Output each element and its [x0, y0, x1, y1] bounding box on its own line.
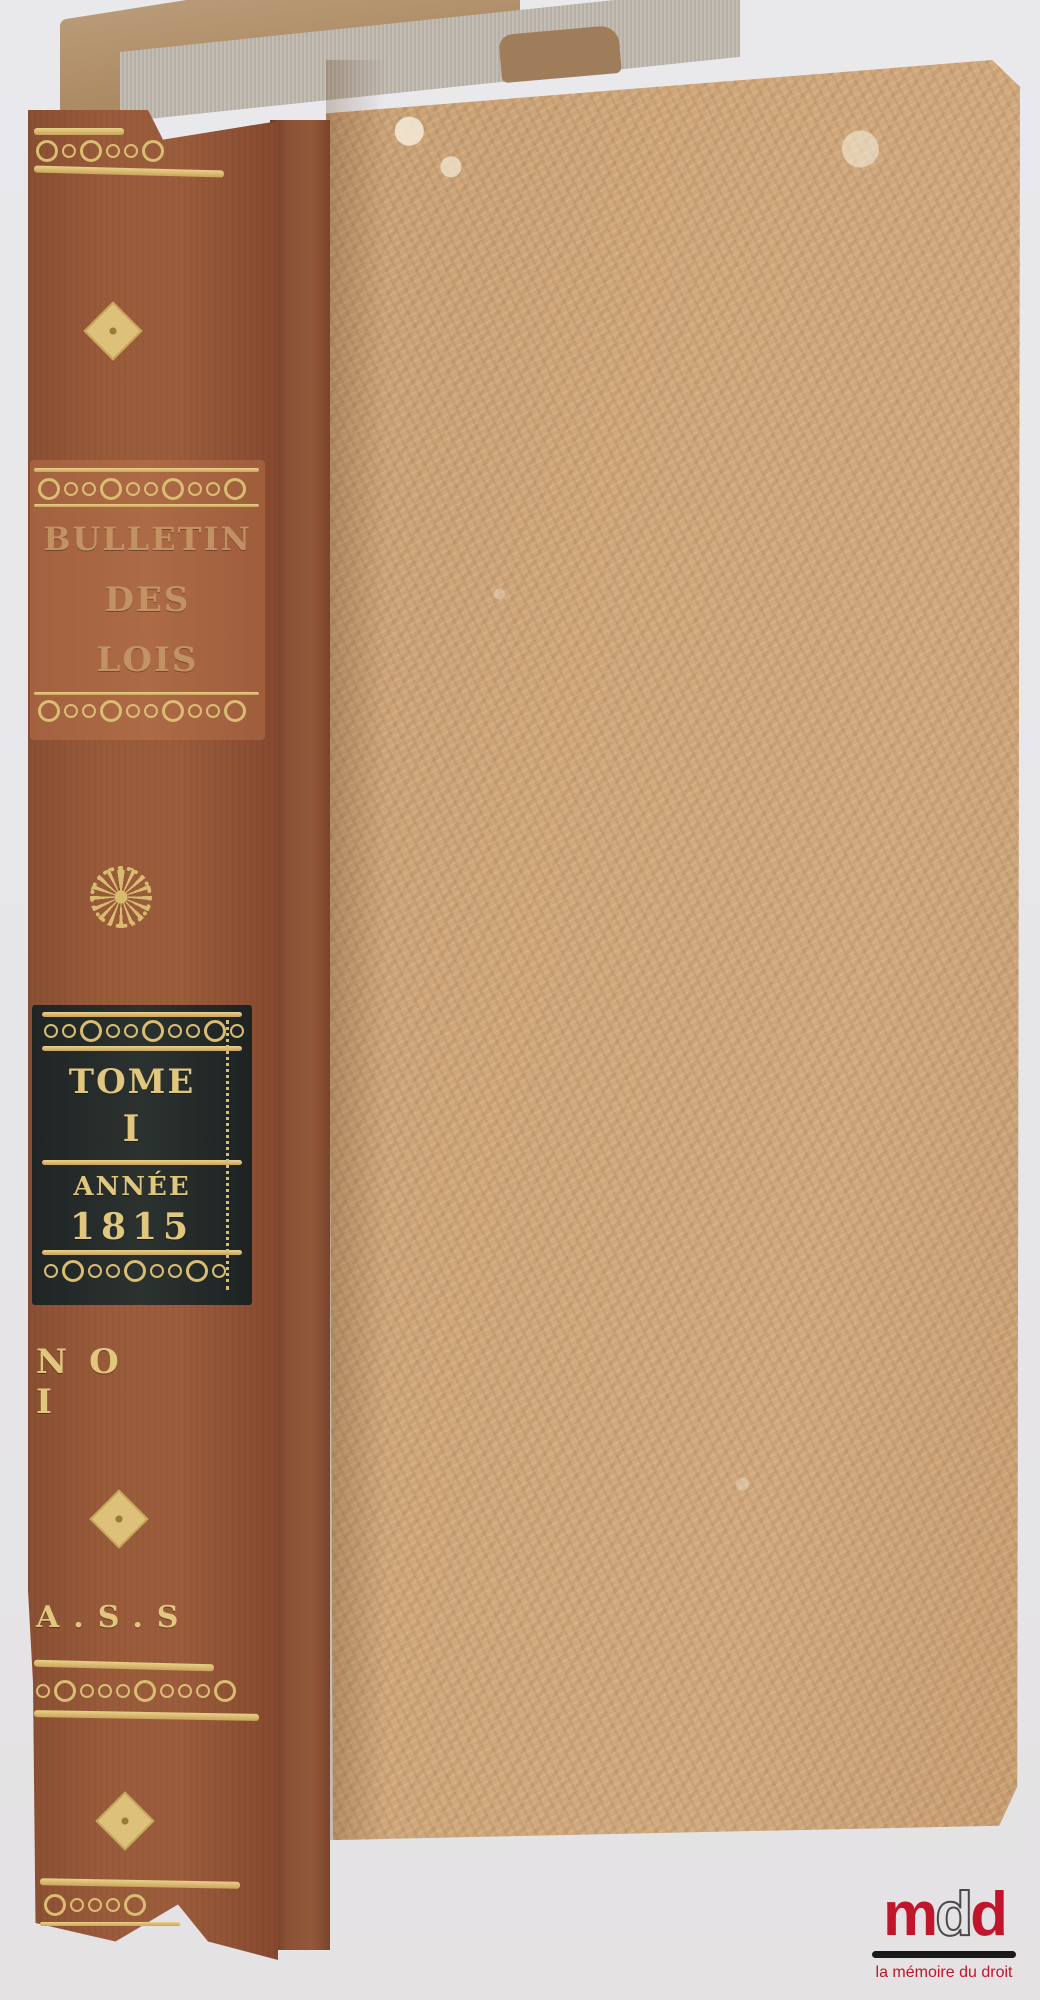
gilt-band [42, 1250, 242, 1255]
tome-number: I [32, 1108, 232, 1150]
mdd-logo: mdd la mémoire du droit [864, 1885, 1024, 1982]
gilt-roll-ornament [44, 1894, 174, 1916]
gilt-roll-ornament [44, 1260, 244, 1282]
gilt-roll-ornament [38, 700, 258, 722]
gilt-band [42, 1046, 242, 1051]
logo-underline [872, 1951, 1016, 1958]
logo-tagline: la mémoire du droit [864, 1964, 1024, 1982]
gilt-band [34, 504, 259, 507]
rosette-ornament-icon [90, 866, 152, 928]
spine-headcap [498, 25, 622, 83]
gilt-roll-ornament [36, 140, 186, 162]
gilt-roll-ornament [44, 1020, 244, 1042]
gilt-roll-ornament [38, 478, 258, 500]
logo-d-outline: d [935, 1880, 970, 1949]
gilt-band [40, 1922, 180, 1926]
logo-mark: mdd [864, 1885, 1024, 1945]
logo-d: d [970, 1880, 1005, 1949]
gilt-band [42, 1160, 242, 1165]
tome-word: TOME [32, 1062, 232, 1102]
spine-joint [270, 120, 330, 1950]
spine-title-line-1: BULLETIN [30, 520, 265, 558]
year-word: ANNÉE [32, 1172, 232, 1202]
spine-initials: A.S.S [36, 1600, 236, 1635]
spine-title-line-2: DES [30, 580, 265, 620]
gilt-band [34, 692, 259, 695]
spine-number: NO I [36, 1342, 196, 1422]
label-side-border [226, 1020, 247, 1290]
gilt-band [42, 1012, 242, 1017]
cover-shadow [326, 60, 386, 1840]
year: 1815 [32, 1206, 232, 1248]
gilt-band [34, 128, 124, 135]
gilt-roll-ornament [36, 1680, 256, 1702]
spine-title-line-3: LOIS [30, 640, 265, 680]
logo-m: m [883, 1880, 935, 1949]
front-cover-marbled-paper [326, 60, 1020, 1840]
gilt-band [34, 468, 259, 472]
